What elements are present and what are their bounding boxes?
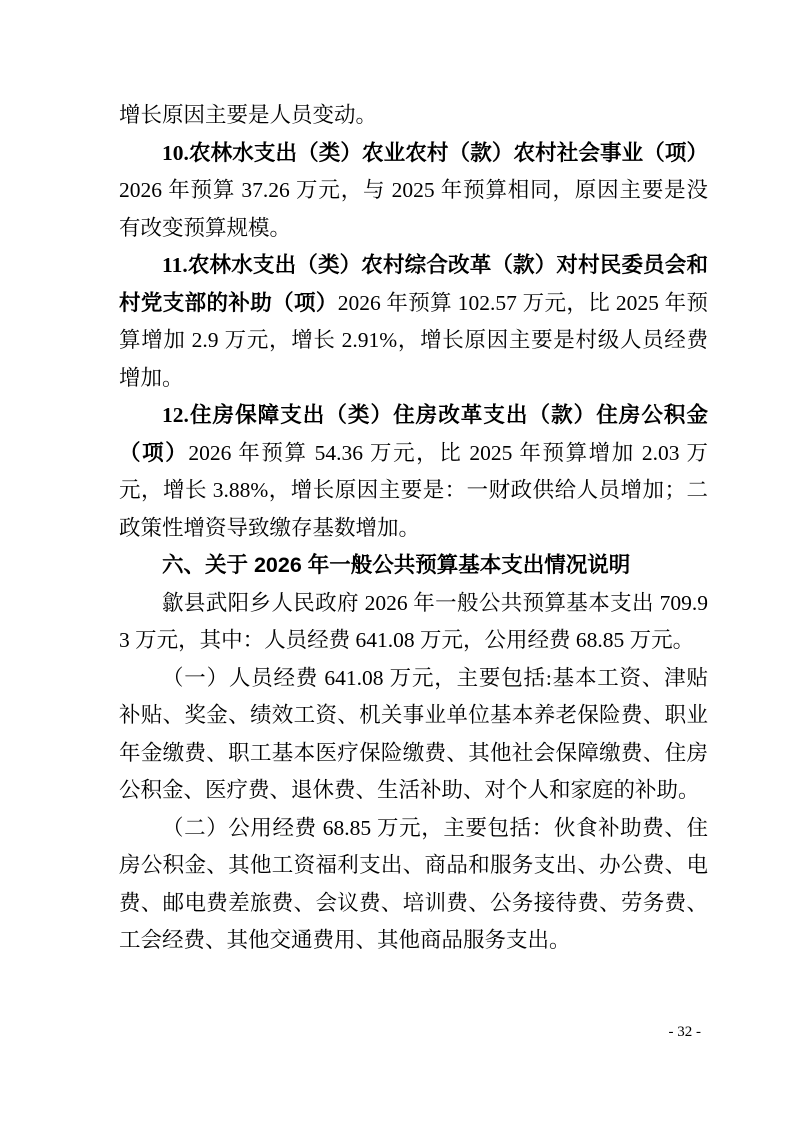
paragraph-public-expense: （二）公用经费 68.85 万元，主要包括：伙食补助费、住房公积金、其他工资福利… [119, 810, 708, 960]
page-number: - 32 - [669, 1022, 702, 1042]
paragraph-section6-summary: 歙县武阳乡人民政府 2026 年一般公共预算基本支出 709.93 万元，其中：… [119, 585, 708, 660]
document-content: 增长原因主要是人员变动。 10.农林水支出（类）农业农村（款）农村社会事业（项）… [119, 97, 708, 960]
item-10-body: 2026 年预算 37.26 万元，与 2025 年预算相同，原因主要是没有改变… [119, 178, 708, 240]
paragraph-item-12: 12.住房保障支出（类）住房改革支出（款）住房公积金（项）2026 年预算 54… [119, 397, 708, 547]
item-10-title: 10.农林水支出（类）农业农村（款）农村社会事业（项） [162, 141, 708, 165]
paragraph-item-11: 11.农林水支出（类）农村综合改革（款）对村民委员会和村党支部的补助（项）202… [119, 247, 708, 397]
paragraph-item-10: 10.农林水支出（类）农业农村（款）农村社会事业（项）2026 年预算 37.2… [119, 135, 708, 248]
document-page: 增长原因主要是人员变动。 10.农林水支出（类）农业农村（款）农村社会事业（项）… [0, 0, 793, 1122]
item-12-body: 2026 年预算 54.36 万元，比 2025 年预算增加 2.03 万元，增… [119, 441, 708, 540]
paragraph-continuation: 增长原因主要是人员变动。 [119, 97, 708, 135]
section-6-heading: 六、关于 2026 年一般公共预算基本支出情况说明 [119, 547, 708, 585]
paragraph-personnel-expense: （一）人员经费 641.08 万元，主要包括:基本工资、津贴补贴、奖金、绩效工资… [119, 660, 708, 810]
